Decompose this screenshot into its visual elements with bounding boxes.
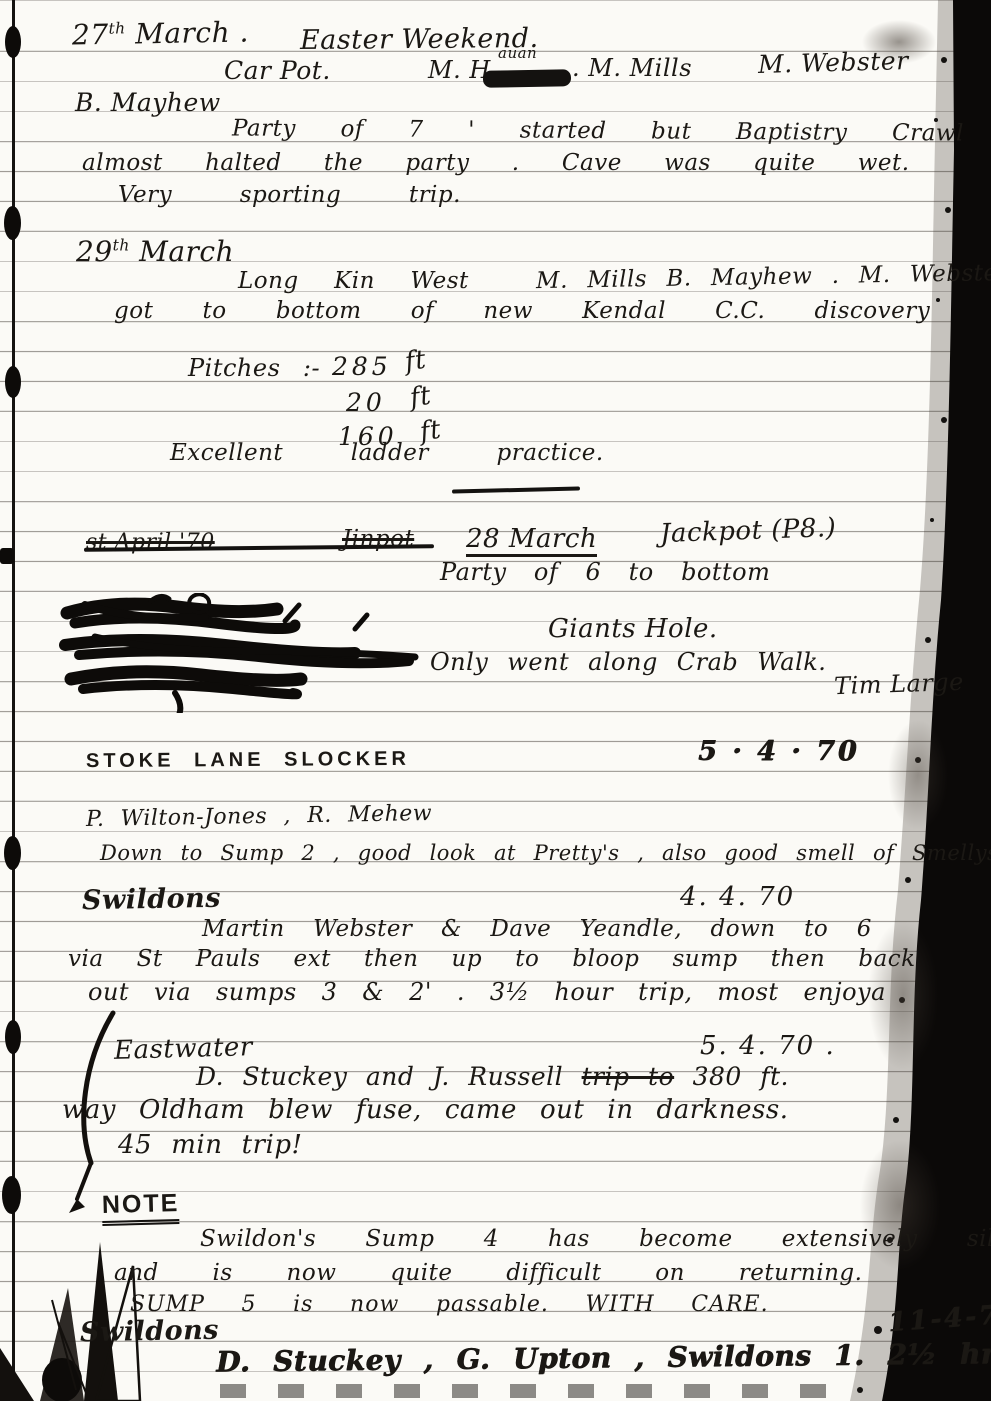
entry-body-line: 45 min trip! xyxy=(118,1132,302,1158)
signature: Tim Large xyxy=(834,670,965,699)
party-names: P. Wilton-Jones , R. Mehew xyxy=(86,803,432,831)
pitches-label: Pitches :- xyxy=(188,356,320,380)
entry-body-line: Martin Webster & Dave Yeandle, down to 6 xyxy=(202,918,872,941)
cave-name: Jackpot (P8.) xyxy=(660,515,837,547)
entry-date: 5 · 4 · 70 xyxy=(698,738,860,765)
date-ordinal: th xyxy=(113,237,130,255)
redaction-scribble xyxy=(483,69,571,88)
party-names: B. Mayhew xyxy=(75,90,221,115)
pitch-value: 285 xyxy=(332,354,392,379)
entry-body-line: Party of 7 ' started but Baptistry Crawl xyxy=(232,117,964,145)
cave-name: Swildons xyxy=(80,1317,219,1346)
entry-body-line: Swildon's Sump 4 has become extensively … xyxy=(200,1228,991,1251)
entry-date: 4. 4. 70 xyxy=(680,884,795,910)
pitch-value: 20 xyxy=(346,390,386,415)
entry-date: 5. 4. 70 . xyxy=(700,1033,836,1059)
crossed-out-words: trip to xyxy=(582,1062,675,1091)
cave-name: Car Pot. xyxy=(224,58,331,83)
cave-name: Long Kin West xyxy=(238,270,469,293)
entry-body-line: Excellent ladder practice. xyxy=(170,442,604,465)
entry-body-line: and is now quite difficult on returning. xyxy=(114,1262,862,1285)
entry-body-line: Only went along Crab Walk. xyxy=(430,650,826,674)
crossed-out-word: Jinpot xyxy=(342,528,414,551)
party-names: . M. Mills xyxy=(572,56,692,80)
body-text: D. Stuckey and J. Russell xyxy=(196,1062,563,1091)
entry-date: 27th March . xyxy=(72,18,249,49)
logbook-page: 27th March . Easter Weekend. Car Pot. M.… xyxy=(0,0,991,1401)
entry-body-line: almost halted the party . Cave was quite… xyxy=(82,152,910,175)
entry-body-line: via St Pauls ext then up to bloop sump t… xyxy=(68,948,916,971)
name-correction: auan xyxy=(498,46,537,61)
date-month: March . xyxy=(135,15,249,50)
pitch-unit: ft xyxy=(403,347,427,376)
party-names: M. Webster xyxy=(758,48,909,77)
cave-name: Giants Hole. xyxy=(548,616,718,642)
note-label: NOTE xyxy=(102,1191,180,1226)
party-names: M. H xyxy=(428,58,491,82)
entry-body-line: SUMP 5 is now passable. WITH CARE. xyxy=(130,1294,769,1316)
date-day: 27 xyxy=(72,18,109,52)
entry-date: 11-4-7 xyxy=(887,1302,991,1336)
date-ordinal: th xyxy=(108,19,125,37)
entry-body-line: D. Stuckey and J. Russell trip to 380 ft… xyxy=(196,1064,789,1089)
entry-body-line: got to bottom of new Kendal C.C. discove… xyxy=(114,300,930,323)
entry-date: 29th March xyxy=(76,238,234,266)
cave-name: Swildons xyxy=(82,885,221,914)
entry-body-line: Very sporting trip. xyxy=(118,184,461,207)
cave-name: STOKE LANE SLOCKER xyxy=(86,749,410,771)
entry-body-line: way Oldham blew fuse, came out in darkne… xyxy=(62,1097,788,1123)
entry-body-line: out via sumps 3 & 2' . 3½ hour trip, mos… xyxy=(88,980,886,1004)
pitch-unit: ft xyxy=(408,383,432,412)
body-text: 380 ft. xyxy=(693,1062,789,1091)
entry-body-line: Party of 6 to bottom xyxy=(440,560,770,584)
entry-body-line: Down to Sump 2 , good look at Pretty's ,… xyxy=(100,843,991,864)
entry-date: 28 March xyxy=(466,526,597,557)
entry-body-line: D. Stuckey , G. Upton , Swildons 1. 2½ h… xyxy=(216,1340,991,1376)
scribble-redaction xyxy=(55,593,465,713)
date-day: 29 xyxy=(76,235,113,268)
cave-name: Eastwater xyxy=(114,1034,253,1064)
date-month: March xyxy=(139,235,234,268)
